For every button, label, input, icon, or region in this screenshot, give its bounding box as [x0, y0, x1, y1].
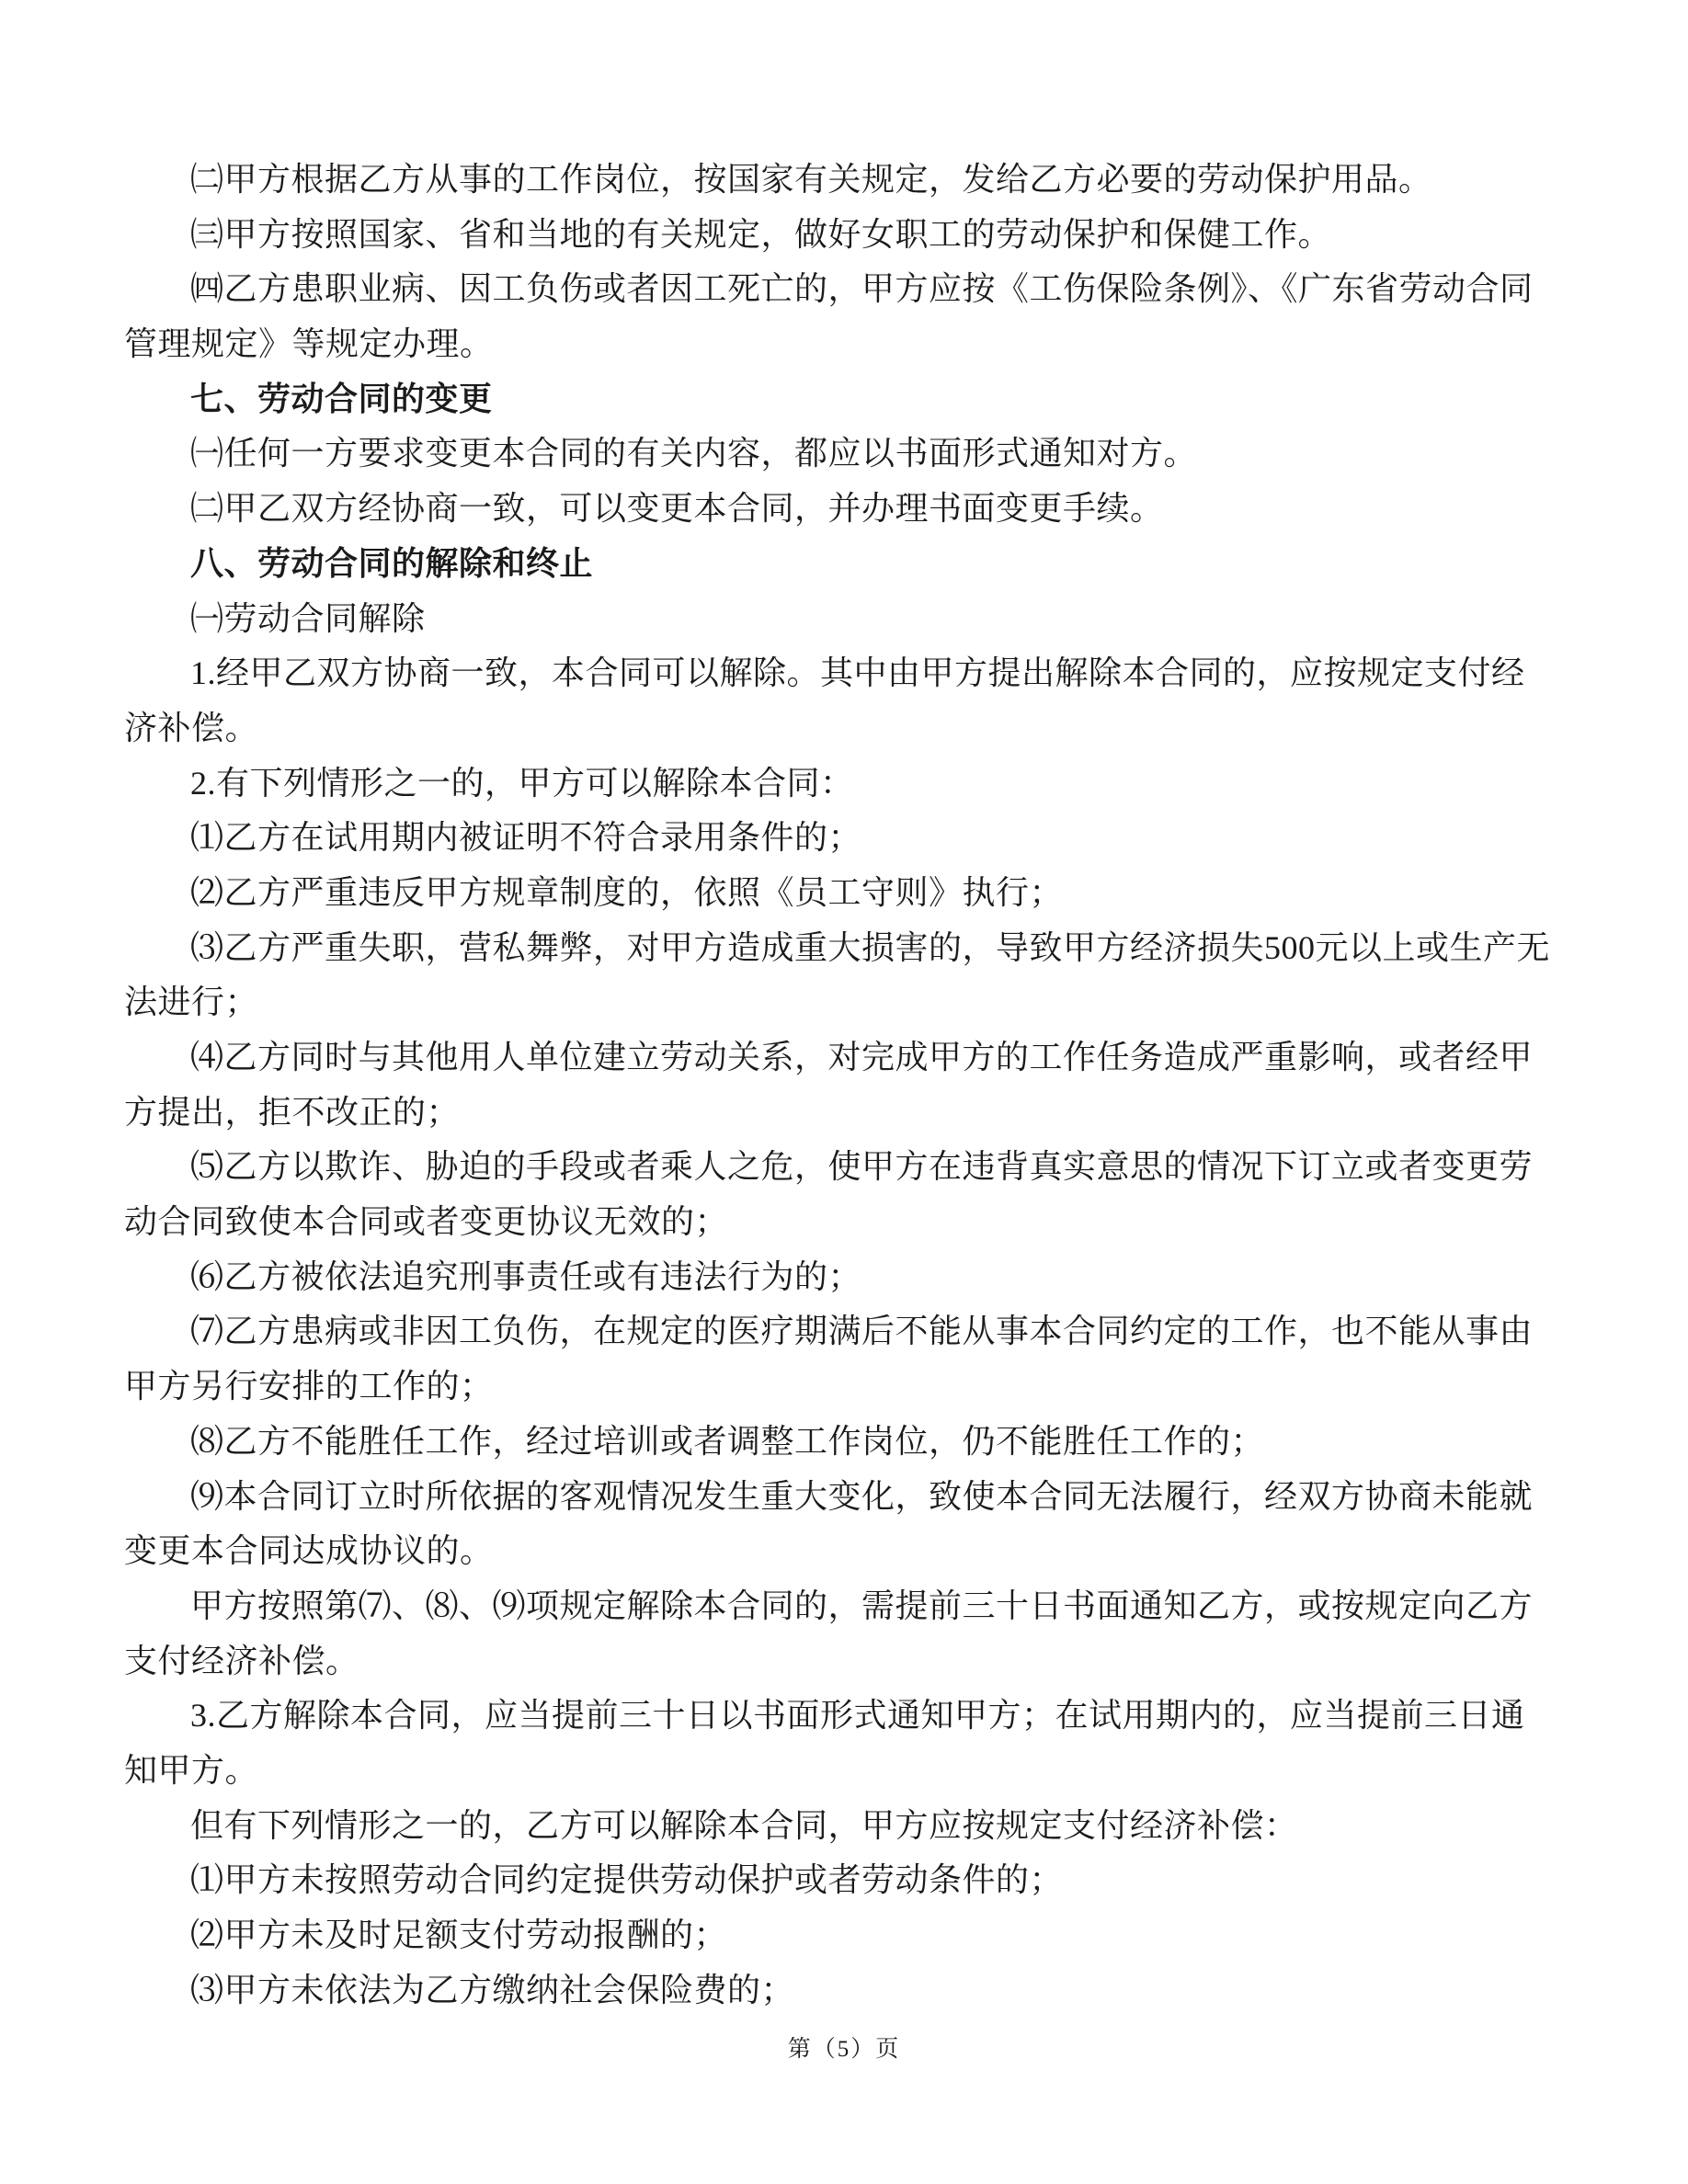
text-line: 1.经甲乙双方协商一致，本合同可以解除。其中由甲方提出解除本合同的，应按规定支付…: [124, 646, 1522, 701]
text-line: ⑶乙方严重失职，营私舞弊，对甲方造成重大损害的，导致甲方经济损失500元以上或生…: [124, 921, 1522, 976]
text-line: ⑵甲方未及时足额支付劳动报酬的；: [124, 1908, 1522, 1963]
page-number: 第（5）页: [0, 2027, 1688, 2073]
text-line: 济补偿。: [124, 701, 1522, 756]
text-line: ㈢甲方按照国家、省和当地的有关规定，做好女职工的劳动保护和保健工作。: [124, 208, 1522, 263]
text-line: 管理规定》等规定办理。: [124, 317, 1522, 372]
text-line: ㈣乙方患职业病、因工负伤或者因工死亡的，甲方应按《工伤保险条例》、《广东省劳动合…: [124, 262, 1522, 317]
document-body: ㈡甲方根据乙方从事的工作岗位，按国家有关规定，发给乙方必要的劳动保护用品。㈢甲方…: [124, 153, 1522, 2018]
text-line: ㈡甲方根据乙方从事的工作岗位，按国家有关规定，发给乙方必要的劳动保护用品。: [124, 153, 1522, 208]
section-heading: 八、劳动合同的解除和终止: [124, 537, 1522, 592]
section-heading: 七、劳动合同的变更: [124, 372, 1522, 427]
text-line: ㈡甲乙双方经协商一致，可以变更本合同，并办理书面变更手续。: [124, 482, 1522, 537]
text-line: ⑴甲方未按照劳动合同约定提供劳动保护或者劳动条件的；: [124, 1853, 1522, 1908]
text-line: ㈠任何一方要求变更本合同的有关内容，都应以书面形式通知对方。: [124, 427, 1522, 482]
text-line: 知甲方。: [124, 1744, 1522, 1799]
text-line: 动合同致使本合同或者变更协议无效的；: [124, 1195, 1522, 1250]
text-line: ⑹乙方被依法追究刑事责任或有违法行为的；: [124, 1250, 1522, 1305]
text-line: 法进行；: [124, 975, 1522, 1030]
text-line: ⑺乙方患病或非因工负伤，在规定的医疗期满后不能从事本合同约定的工作，也不能从事由: [124, 1304, 1522, 1359]
text-line: 甲方按照第⑺、⑻、⑼项规定解除本合同的，需提前三十日书面通知乙方，或按规定向乙方: [124, 1579, 1522, 1634]
text-line: ⑼本合同订立时所依据的客观情况发生重大变化，致使本合同无法履行，经双方协商未能就: [124, 1470, 1522, 1525]
text-line: 甲方另行安排的工作的；: [124, 1359, 1522, 1415]
text-line: 但有下列情形之一的，乙方可以解除本合同，甲方应按规定支付经济补偿：: [124, 1799, 1522, 1854]
text-line: ⑶甲方未依法为乙方缴纳社会保险费的；: [124, 1963, 1522, 2019]
text-line: 支付经济补偿。: [124, 1634, 1522, 1689]
text-line: 3.乙方解除本合同，应当提前三十日以书面形式通知甲方；在试用期内的，应当提前三日…: [124, 1689, 1522, 1744]
document-page: ㈡甲方根据乙方从事的工作岗位，按国家有关规定，发给乙方必要的劳动保护用品。㈢甲方…: [0, 0, 1688, 2184]
text-line: 变更本合同达成协议的。: [124, 1524, 1522, 1579]
text-line: 方提出，拒不改正的；: [124, 1086, 1522, 1141]
text-line: 2.有下列情形之一的，甲方可以解除本合同：: [124, 756, 1522, 812]
text-line: ⑴乙方在试用期内被证明不符合录用条件的；: [124, 811, 1522, 866]
text-line: ㈠劳动合同解除: [124, 592, 1522, 647]
text-line: ⑵乙方严重违反甲方规章制度的，依照《员工守则》执行；: [124, 866, 1522, 921]
text-line: ⑻乙方不能胜任工作，经过培训或者调整工作岗位，仍不能胜任工作的；: [124, 1415, 1522, 1470]
text-line: ⑸乙方以欺诈、胁迫的手段或者乘人之危，使甲方在违背真实意思的情况下订立或者变更劳: [124, 1140, 1522, 1195]
text-line: ⑷乙方同时与其他用人单位建立劳动关系，对完成甲方的工作任务造成严重影响，或者经甲: [124, 1030, 1522, 1086]
